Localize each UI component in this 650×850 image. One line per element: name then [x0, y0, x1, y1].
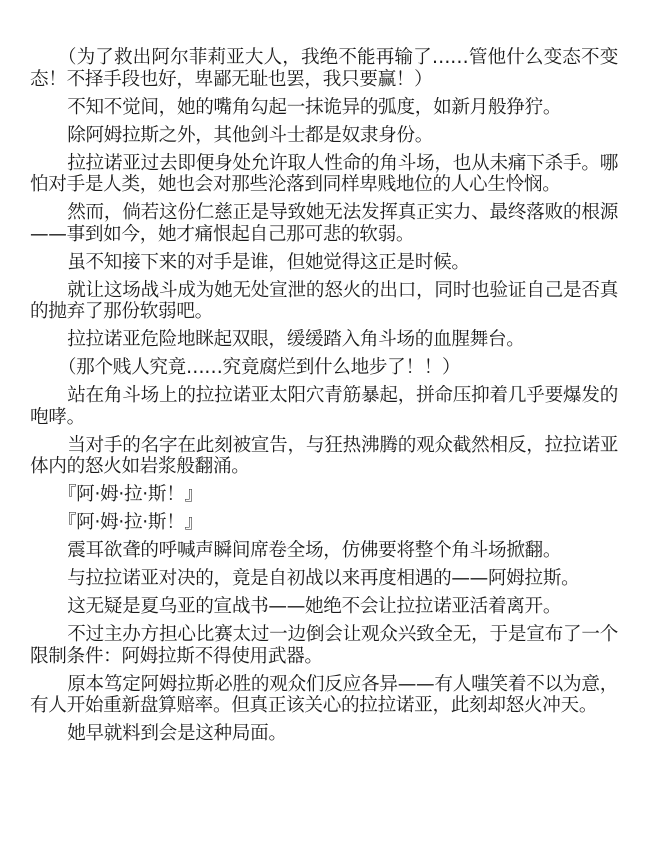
paragraph: 就让这场战斗成为她无处宣泄的怒火的出口，同时也验证自己是否真的抛弃了那份软弱吧。: [30, 280, 618, 323]
paragraph: 与拉拉诺亚对决的，竟是自初战以来再度相遇的——阿姆拉斯。: [30, 568, 618, 590]
paragraph: 虽不知接下来的对手是谁，但她觉得这正是时候。: [30, 252, 618, 274]
paragraph-inner-thought: （那个贱人究竟……究竟腐烂到什么地步了！！）: [30, 357, 618, 379]
paragraph-inner-thought: （为了救出阿尔菲莉亚大人，我绝不能再输了……管他什么变态不变态！不择手段也好，卑…: [30, 47, 618, 90]
paragraph: 当对手的名字在此刻被宣告，与狂热沸腾的观众截然相反，拉拉诺亚体内的怒火如岩浆般翻…: [30, 435, 618, 478]
paragraph: 震耳欲聋的呼喊声瞬间席卷全场，仿佛要将整个角斗场掀翻。: [30, 540, 618, 562]
paragraph: 拉拉诺亚过去即便身处允许取人性命的角斗场，也从未痛下杀手。哪怕对手是人类，她也会…: [30, 153, 618, 196]
document-page: （为了救出阿尔菲莉亚大人，我绝不能再输了……管他什么变态不变态！不择手段也好，卑…: [30, 47, 618, 751]
paragraph: 她早就料到会是这种局面。: [30, 723, 618, 745]
paragraph-chant: 『阿·姆·拉·斯！』: [30, 512, 618, 534]
paragraph: 这无疑是夏乌亚的宣战书——她绝不会让拉拉诺亚活着离开。: [30, 596, 618, 618]
paragraph: 除阿姆拉斯之外，其他剑斗士都是奴隶身份。: [30, 125, 618, 147]
paragraph: 原本笃定阿姆拉斯必胜的观众们反应各异——有人嗤笑着不以为意，有人开始重新盘算赔率…: [30, 674, 618, 717]
paragraph: 不知不觉间，她的嘴角勾起一抹诡异的弧度，如新月般狰狞。: [30, 97, 618, 119]
paragraph-chant: 『阿·姆·拉·斯！』: [30, 484, 618, 506]
paragraph: 拉拉诺亚危险地眯起双眼，缓缓踏入角斗场的血腥舞台。: [30, 329, 618, 351]
paragraph: 然而，倘若这份仁慈正是导致她无法发挥真正实力、最终落败的根源——事到如今，她才痛…: [30, 202, 618, 245]
paragraph: 站在角斗场上的拉拉诺亚太阳穴青筋暴起，拼命压抑着几乎要爆发的咆哮。: [30, 385, 618, 428]
paragraph: 不过主办方担心比赛太过一边倒会让观众兴致全无，于是宣布了一个限制条件：阿姆拉斯不…: [30, 624, 618, 667]
